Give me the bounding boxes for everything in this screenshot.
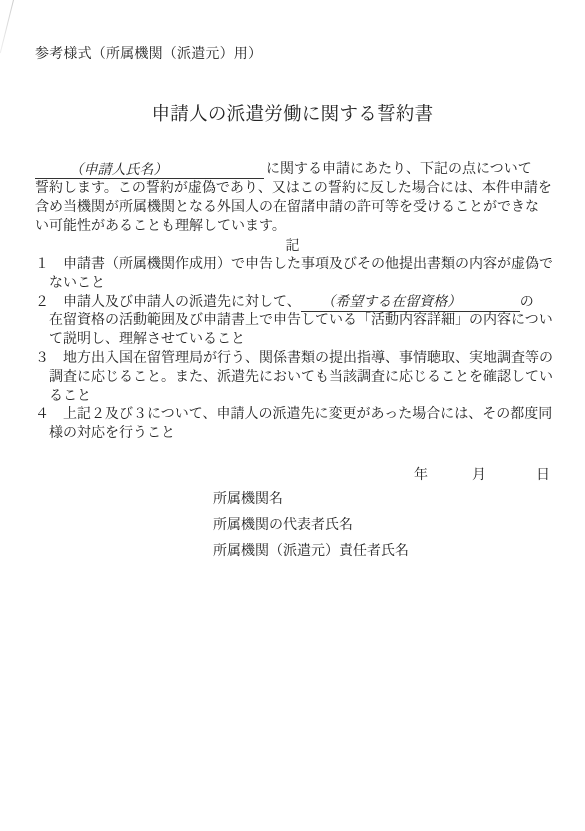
desired-residence-status-blank-field[interactable]: （希望する在留資格） [301,294,520,312]
list-item-3-line-2: 調査に応じること。また、派遣先においても当該調査に応じることを確認してい [49,369,557,388]
list-item-1-line-1: １申請書（所属機関作成用）で申告した事項及びその他提出書類の内容が虚偽で [35,256,557,275]
applicant-name-blank-field[interactable]: （申請人氏名） [35,161,264,179]
list-item-3-number: ３ [35,350,49,369]
list-item-2-text-before: 申請人及び申請人の派遣先に対して、 [63,295,301,310]
applicant-name-blank-label: （申請人氏名） [70,163,168,178]
list-item-2-line-2: 在留資格の活動範囲及び申請書上で申告している「活動内容詳細」の内容につい [49,312,557,331]
desired-residence-status-blank-label: （希望する在留資格） [321,295,461,310]
list-item-1-line-2: ないこと [49,275,557,294]
year-label: 年 [414,468,428,483]
list-item-4-line-1: ４上記２及び３について、申請人の派遣先に変更があった場合には、その都度同 [35,406,557,425]
intro-line-4: い可能性があることも理解しています。 [35,217,555,236]
intro-line-2: 誓約します。この誓約が虚偽であり、又はこの誓約に反した場合には、本件申請を [35,179,555,198]
list-item-1-text: 申請書（所属機関作成用）で申告した事項及びその他提出書類の内容が虚偽で [63,257,553,272]
day-label: 日 [536,468,550,483]
list-item-4-number: ４ [35,406,49,425]
intro-paragraph: （申請人氏名）に関する申請にあたり、下記の点について 誓約します。この誓約が虚偽… [35,160,555,236]
date-line: 年月日 [414,466,550,485]
list-item-4-text: 上記２及び３について、申請人の派遣先に変更があった場合には、その都度同 [63,407,552,422]
form-type-label: 参考様式（所属機関（派遣元）用） [35,43,262,63]
list-item-2-number: ２ [35,294,49,313]
pledge-item-list: １申請書（所属機関作成用）で申告した事項及びその他提出書類の内容が虚偽で ないこ… [35,256,557,444]
list-item-4-line-2: 様の対応を行うこと [49,425,557,444]
org-name-label: 所属機関名 [213,493,409,507]
page-title: 申請人の派遣労働に関する誓約書 [0,100,585,126]
intro-line-3: 含め当機関が所属機関となる外国人の在留諸申請の許可等を受けることができな [35,198,555,217]
list-item-2-line-1: ２申請人及び申請人の派遣先に対して、（希望する在留資格）の [35,294,557,313]
list-item-2-line-3: て説明し、理解させていること [49,331,557,350]
signature-block: 所属機関名 所属機関の代表者氏名 所属機関（派遣元）責任者氏名 [213,493,409,571]
list-item-2-text-after: の [520,295,534,310]
list-item-3-text: 地方出入国在留管理局が行う、関係書類の提出指導、事情聴取、実地調査等の [63,351,553,366]
month-label: 月 [472,468,486,483]
record-marker: 記 [0,237,585,256]
intro-line-1-text: に関する申請にあたり、下記の点について [266,162,532,177]
org-dispatch-responsible-name-label: 所属機関（派遣元）責任者氏名 [213,545,409,559]
list-item-3-line-1: ３地方出入国在留管理局が行う、関係書類の提出指導、事情聴取、実地調査等の [35,350,557,369]
list-item-1-number: １ [35,256,49,275]
document-page: 参考様式（所属機関（派遣元）用） 申請人の派遣労働に関する誓約書 （申請人氏名）… [0,0,585,831]
org-representative-name-label: 所属機関の代表者氏名 [213,519,409,533]
list-item-3-line-3: ること [49,388,557,407]
intro-line-1: （申請人氏名）に関する申請にあたり、下記の点について [35,160,555,179]
scan-edge-artifact [0,0,15,53]
